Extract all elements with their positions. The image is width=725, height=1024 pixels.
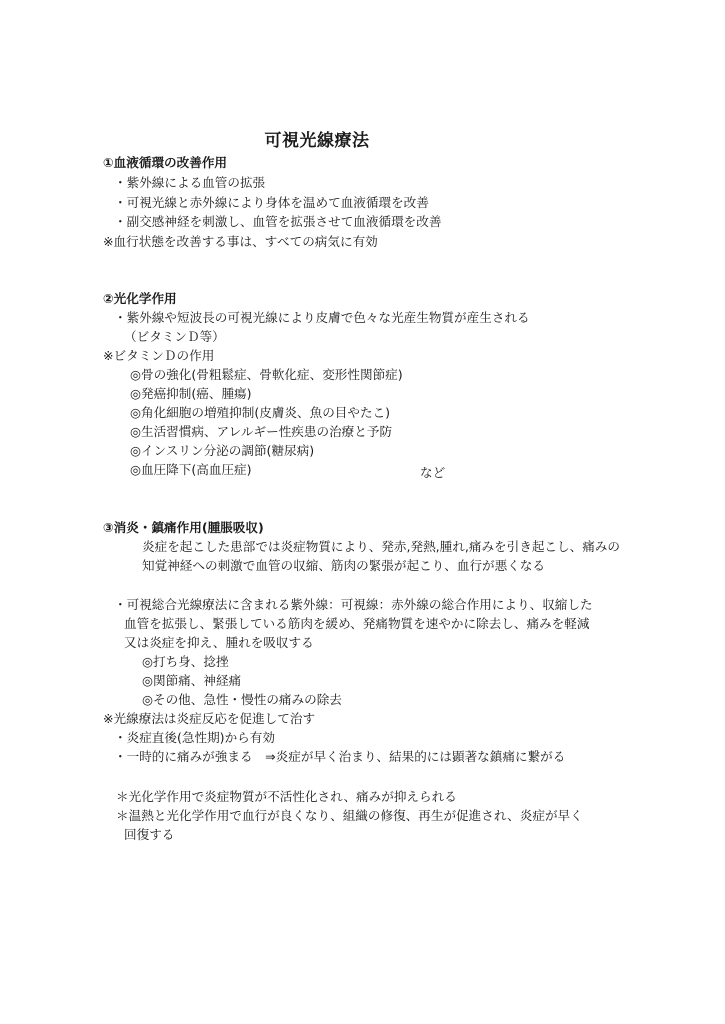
list-item: ◎関節痛、神経痛	[142, 673, 241, 689]
list-item: ◎発癌抑制(癌、腫瘍)	[130, 386, 252, 402]
asterisk-note-continuation: 回復する	[124, 827, 174, 843]
list-item-continuation: （ビタミンＤ等）	[124, 329, 225, 345]
section-heading-blood-circulation: ①血液循環の改善作用	[103, 155, 227, 171]
list-item: ◎骨の強化(骨粗鬆症、骨軟化症、変形性関節症)	[130, 367, 403, 383]
section-heading-anti-inflammatory: ③消炎・鎮痛作用(腫脹吸収)	[103, 520, 264, 536]
note-line: ※ビタミンＤの作用	[103, 348, 214, 364]
list-item: ・可視光線と赤外線により身体を温めて血液循環を改善	[114, 195, 429, 211]
note-line: ※血行状態を改善する事は、すべての病気に有効	[103, 234, 378, 250]
list-item: ・紫外線や短波長の可視光線により皮膚で色々な光産生物質が産生される	[114, 310, 530, 326]
list-item: ・副交感神経を刺激し、血管を拡張させて血液循環を改善	[114, 214, 441, 230]
list-item-continuation: 又は炎症を抑え、腫れを吸収する	[124, 635, 314, 651]
list-item: ◎打ち身、捻挫	[142, 654, 229, 670]
list-item: ◎血圧降下(高血圧症)	[130, 462, 252, 478]
list-item: ◎生活習慣病、アレルギー性疾患の治療と予防	[130, 424, 392, 440]
paragraph-line: 知覚神経への刺激で血管の収縮、筋肉の緊張が起こり、血行が悪くなる	[142, 558, 545, 574]
document-title: 可視光線療法	[0, 126, 634, 151]
list-item: ◎その他、急性・慢性の痛みの除去	[142, 692, 342, 708]
list-item: ・一時的に痛みが強まる ⇒炎症が早く治まり、結果的には顕著な鎮痛に繋がる	[114, 749, 565, 765]
list-item-continuation: 血管を拡張し、緊張している筋肉を緩め、発痛物質を速やかに除去し、痛みを軽減	[124, 616, 589, 632]
list-item: ・炎症直後(急性期)から有効	[114, 730, 275, 746]
note-line: ※光線療法は炎症反応を促進して治す	[103, 711, 315, 727]
trailing-note: など	[420, 462, 445, 481]
asterisk-note: ＊光化学作用で炎症物質が不活性化され、痛みが抑えられる	[116, 789, 457, 805]
section-heading-photochemical: ②光化学作用	[103, 291, 177, 307]
list-item: ・紫外線による血管の拡張	[114, 175, 265, 191]
list-item: ◎角化細胞の増殖抑制(皮膚炎、魚の目やたこ)	[130, 405, 390, 421]
asterisk-note: ＊温熱と光化学作用で血行が良くなり、組織の修復、再生が促進され、炎症が早く	[116, 808, 583, 824]
paragraph-line: 炎症を起こした患部では炎症物質により、発赤,発熱,腫れ,痛みを引き起こし、痛みの	[142, 539, 620, 555]
document-page: 可視光線療法 ①血液循環の改善作用 ・紫外線による血管の拡張 ・可視光線と赤外線…	[0, 0, 725, 1024]
list-item: ◎インスリン分泌の調節(糖尿病)	[130, 443, 314, 459]
list-item: ・可視総合光線療法に含まれる紫外線：可視線：赤外線の総合作用により、収縮した	[114, 597, 593, 613]
